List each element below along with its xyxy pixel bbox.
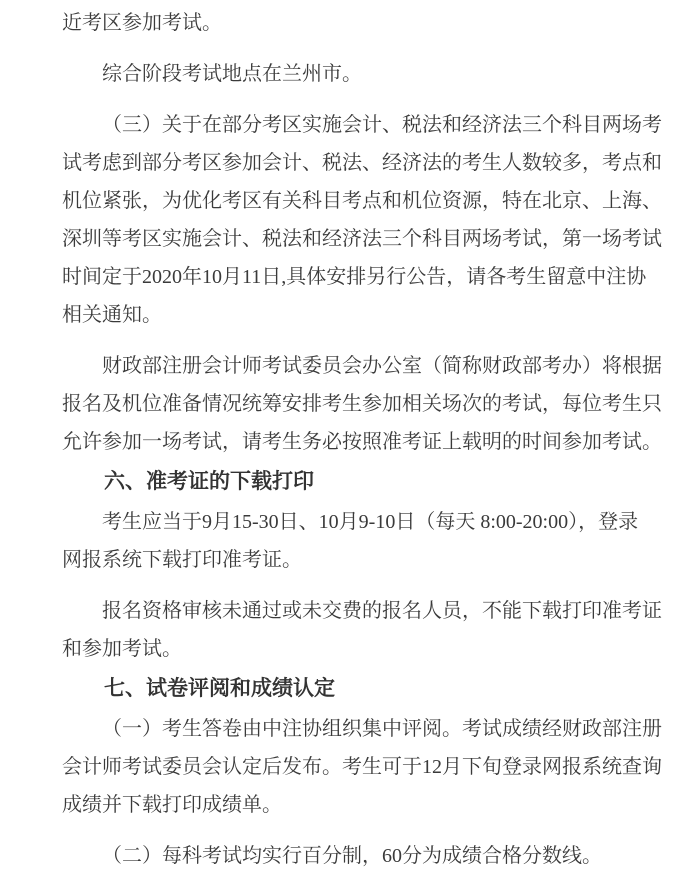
text-line: 报名及机位准备情况统筹安排考生参加相关场次的考试，每位考生只 <box>62 385 664 423</box>
text-line: 试考虑到部分考区参加会计、税法、经济法的考生人数较多，考点和 <box>62 144 664 182</box>
text-line: 财政部注册会计师考试委员会办公室（简称财政部考办）将根据 <box>62 347 664 385</box>
document-body: 近考区参加考试。综合阶段考试地点在兰州市。（三）关于在部分考区实施会计、税法和经… <box>62 4 664 873</box>
text-line: 综合阶段考试地点在兰州市。 <box>62 55 664 93</box>
paragraph: 报名资格审核未通过或未交费的报名人员，不能下载打印准考证和参加考试。 <box>62 592 664 668</box>
text-line: （二）每科考试均实行百分制，60分为成绩合格分数线。 <box>62 837 664 873</box>
text-line: 网报系统下载打印准考证。 <box>62 541 664 579</box>
text-line: （三）关于在部分考区实施会计、税法和经济法三个科目两场考 <box>62 106 664 144</box>
text-line: 机位紧张，为优化考区有关科目考点和机位资源，特在北京、上海、 <box>62 182 664 220</box>
paragraph: （一）考生答卷由中注协组织集中评阅。考试成绩经财政部注册会计师考试委员会认定后发… <box>62 710 664 824</box>
paragraph: 综合阶段考试地点在兰州市。 <box>62 55 664 93</box>
text-line: 报名资格审核未通过或未交费的报名人员，不能下载打印准考证 <box>62 592 664 630</box>
document-page: 近考区参加考试。综合阶段考试地点在兰州市。（三）关于在部分考区实施会计、税法和经… <box>0 0 700 873</box>
section-heading: 六、准考证的下载打印 <box>62 463 664 501</box>
text-line: 七、试卷评阅和成绩认定 <box>62 670 664 708</box>
text-line: 深圳等考区实施会计、税法和经济法三个科目两场考试，第一场考试 <box>62 220 664 258</box>
text-line: 和参加考试。 <box>62 630 664 668</box>
paragraph: 考生应当于9月15-30日、10月9-10日（每天 8:00-20:00），登录… <box>62 503 664 579</box>
text-line: 近考区参加考试。 <box>62 4 664 42</box>
text-line: 考生应当于9月15-30日、10月9-10日（每天 8:00-20:00），登录 <box>62 503 664 541</box>
text-line: 相关通知。 <box>62 296 664 334</box>
text-line: 允许参加一场考试，请考生务必按照准考证上载明的时间参加考试。 <box>62 423 664 461</box>
paragraph: （三）关于在部分考区实施会计、税法和经济法三个科目两场考试考虑到部分考区参加会计… <box>62 106 664 334</box>
paragraph: 近考区参加考试。 <box>62 4 664 42</box>
paragraph: 财政部注册会计师考试委员会办公室（简称财政部考办）将根据报名及机位准备情况统筹安… <box>62 347 664 461</box>
text-line: 会计师考试委员会认定后发布。考生可于12月下旬登录网报系统查询 <box>62 748 664 786</box>
paragraph: （二）每科考试均实行百分制，60分为成绩合格分数线。 <box>62 837 664 873</box>
text-line: 成绩并下载打印成绩单。 <box>62 786 664 824</box>
section-heading: 七、试卷评阅和成绩认定 <box>62 670 664 708</box>
text-line: 六、准考证的下载打印 <box>62 463 664 501</box>
text-line: （一）考生答卷由中注协组织集中评阅。考试成绩经财政部注册 <box>62 710 664 748</box>
text-line: 时间定于2020年10月11日,具体安排另行公告，请各考生留意中注协 <box>62 258 664 296</box>
